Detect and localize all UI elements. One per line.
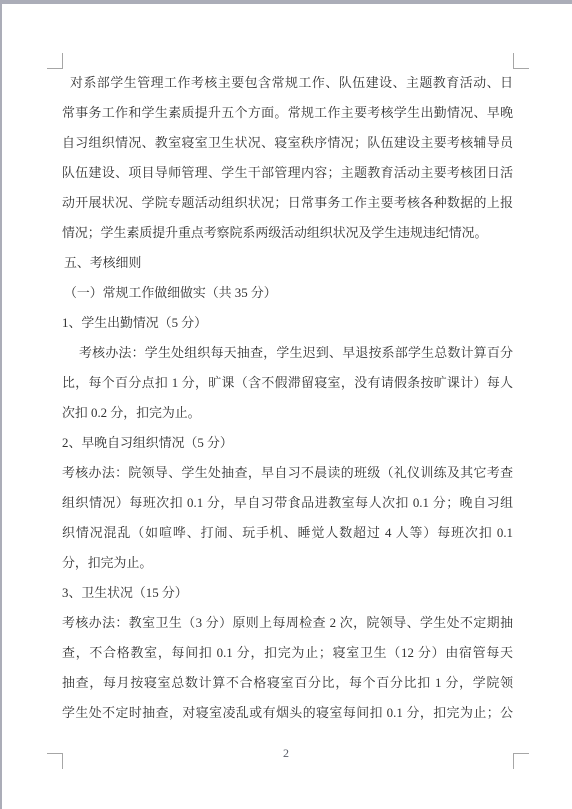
document-text[interactable]: 对系部学生管理工作考核主要包含常规工作、队伍建设、主题教育活动、日常事务工作和学… bbox=[62, 68, 513, 728]
text-line[interactable]: 考核办法：教室卫生（3 分）原则上每周检查 2 次，院领导、学生处不定期抽 bbox=[62, 608, 513, 638]
margin-crop-mark-top-left bbox=[47, 53, 63, 69]
text-line[interactable]: 抽查，每月按寝室总数计算不合格寝室百分比，每个百分比扣 1 分，学院领导、 bbox=[62, 668, 513, 698]
text-line[interactable]: 查，不合格教室，每间扣 0.1 分，扣完为止；寝室卫生（12 分）由宿管每天 bbox=[62, 638, 513, 668]
workspace-edge-top bbox=[0, 0, 572, 4]
text-line[interactable]: （一）常规工作做细做实（共 35 分） bbox=[62, 278, 513, 308]
text-line[interactable]: 五、考核细则 bbox=[62, 248, 513, 278]
text-line[interactable]: 自习组织情况、教室寝室卫生状况、寝室秩序情况；队伍建设主要考核辅导员 bbox=[62, 128, 513, 158]
text-line[interactable]: 学生处不定时抽查，对寝室凌乱或有烟头的寝室每间扣 0.1 分，扣完为止；公 bbox=[62, 698, 513, 728]
text-line[interactable]: 对系部学生管理工作考核主要包含常规工作、队伍建设、主题教育活动、日 bbox=[62, 68, 513, 98]
text-line[interactable]: 比，每个百分点扣 1 分，旷课（含不假滞留寝室，没有请假条按旷课计）每人 bbox=[62, 368, 513, 398]
text-line[interactable]: 动开展状况、学院专题活动组织状况；日常事务工作主要考核各种数据的上报 bbox=[62, 188, 513, 218]
text-line[interactable]: 织情况混乱（如喧哗、打闹、玩手机、睡觉人数超过 4 人等）每班次扣 0.1 bbox=[62, 518, 513, 548]
text-line[interactable]: 考核办法：学生处组织每天抽查，学生迟到、早退按系部学生总数计算百分 bbox=[62, 338, 513, 368]
text-line[interactable]: 分，扣完为止。 bbox=[62, 548, 513, 578]
text-line[interactable]: 情况；学生素质提升重点考察院系两级活动组织状况及学生违规违纪情况。 bbox=[62, 218, 513, 248]
margin-crop-mark-top-right bbox=[513, 53, 529, 69]
text-line[interactable]: 队伍建设、项目导师管理、学生干部管理内容；主题教育活动主要考核团日活 bbox=[62, 158, 513, 188]
text-line[interactable]: 3、卫生状况（15 分） bbox=[62, 578, 513, 608]
text-line[interactable]: 考核办法：院领导、学生处抽查，早自习不晨读的班级（礼仪训练及其它考查 bbox=[62, 458, 513, 488]
text-line[interactable]: 组织情况）每班次扣 0.1 分，早自习带食品进教室每人次扣 0.1 分；晚自习组 bbox=[62, 488, 513, 518]
workspace-edge-left bbox=[0, 0, 2, 809]
text-line[interactable]: 次扣 0.2 分，扣完为止。 bbox=[62, 398, 513, 428]
text-line[interactable]: 2、早晚自习组织情况（5 分） bbox=[62, 428, 513, 458]
page-number: 2 bbox=[0, 746, 572, 760]
text-line[interactable]: 常事务工作和学生素质提升五个方面。常规工作主要考核学生出勤情况、早晚 bbox=[62, 98, 513, 128]
text-line[interactable]: 1、学生出勤情况（5 分） bbox=[62, 308, 513, 338]
